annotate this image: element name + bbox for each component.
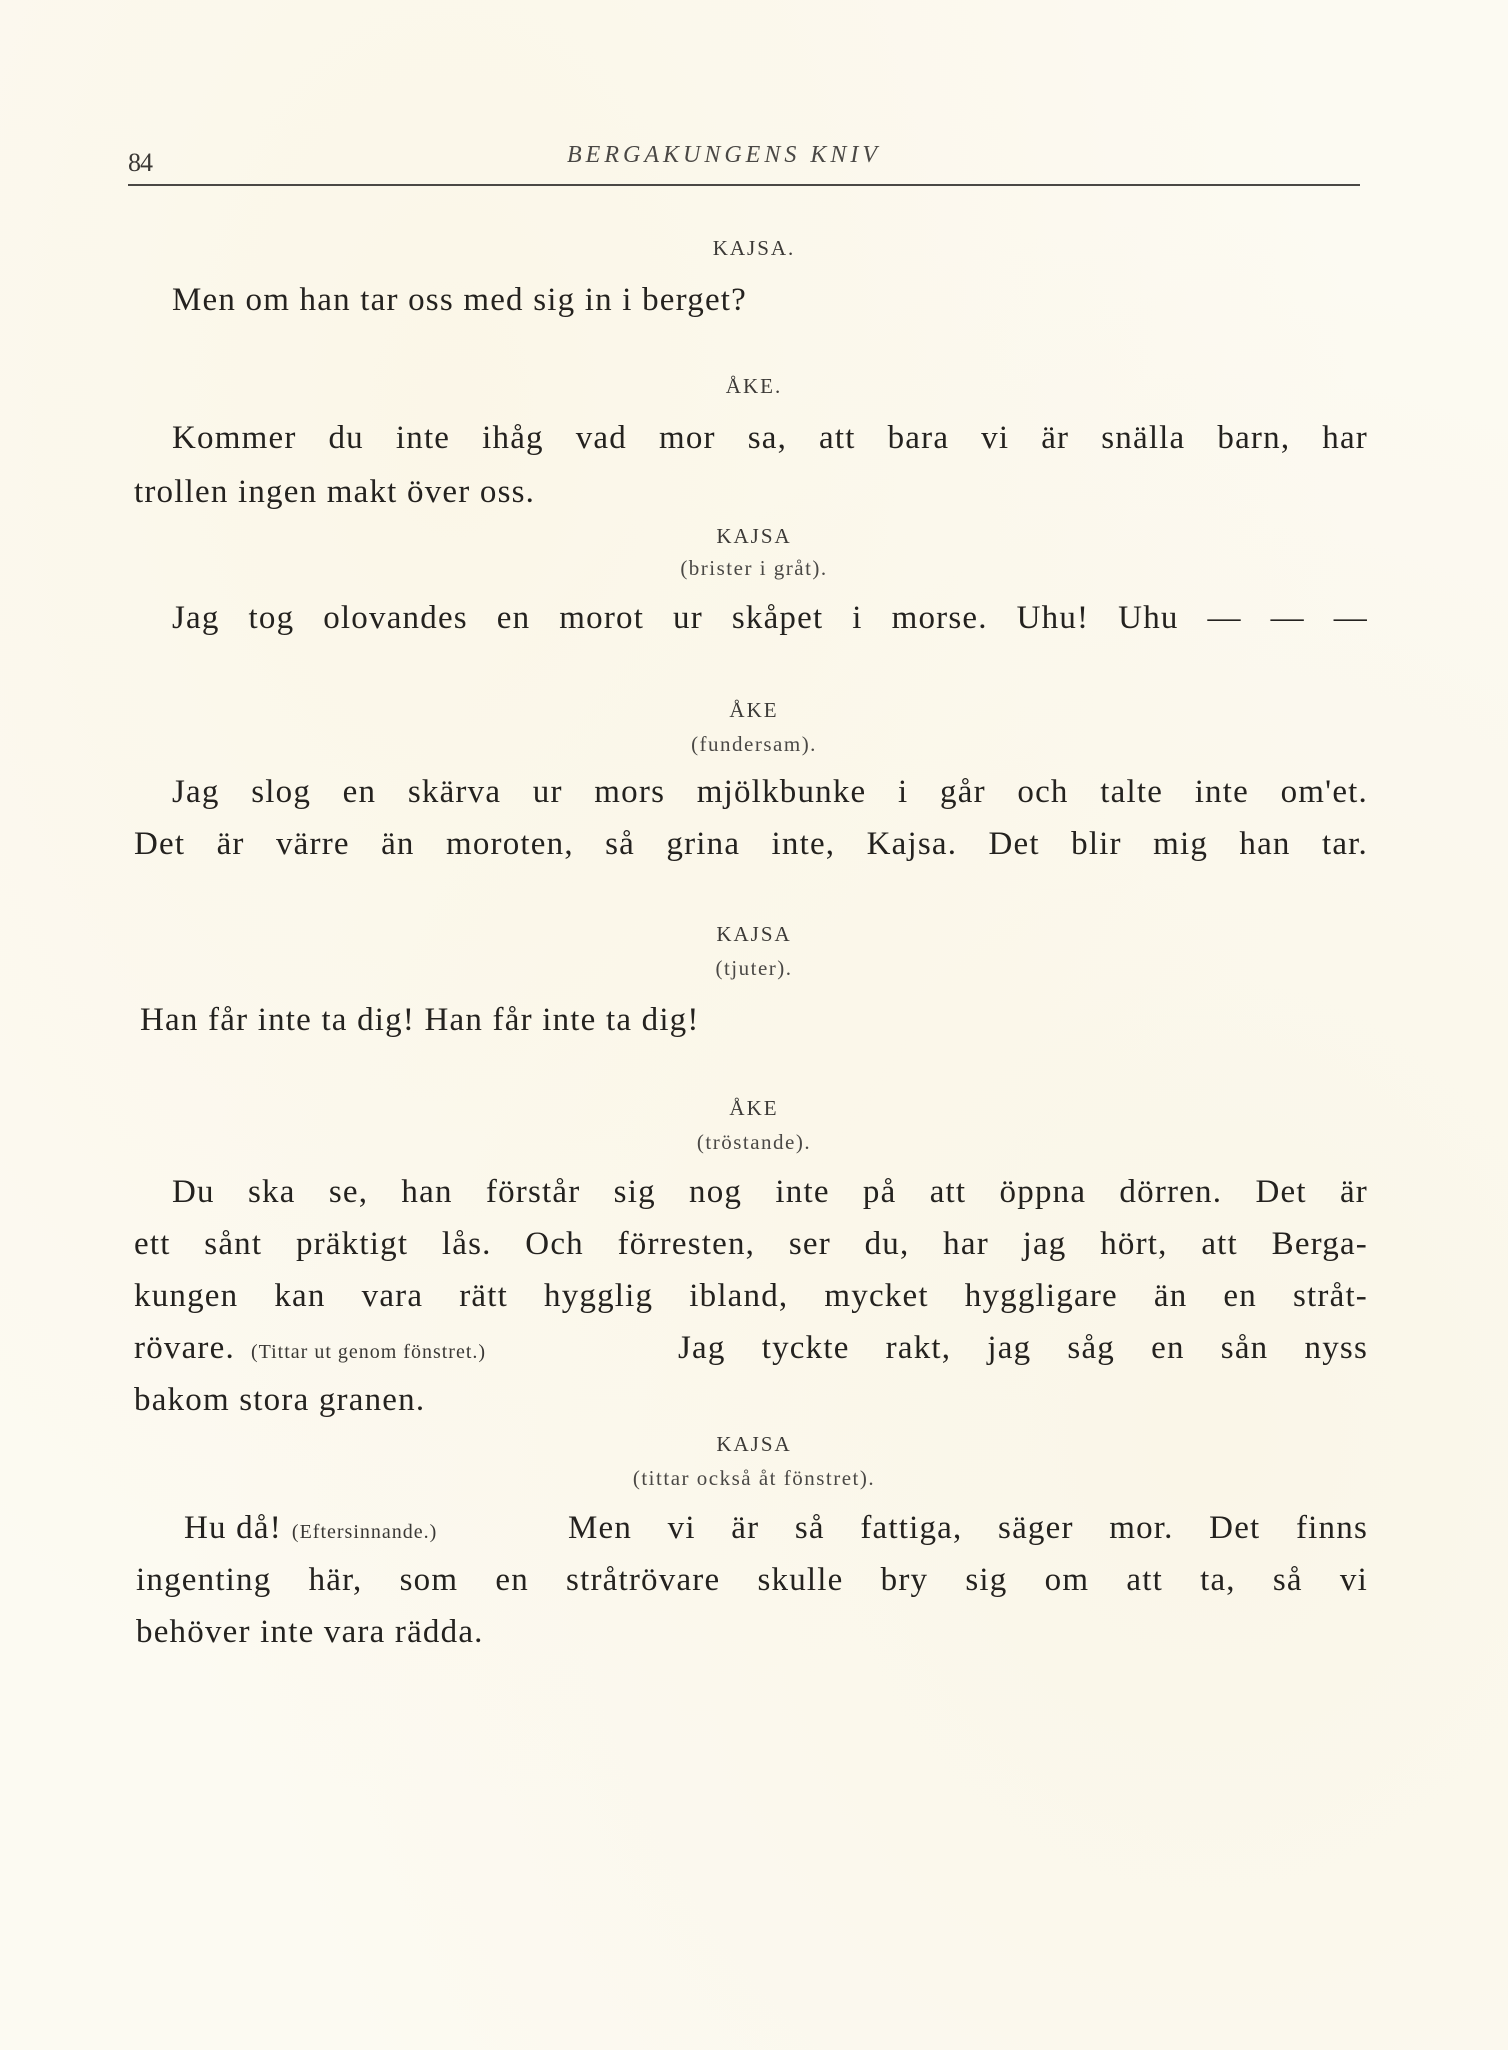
- inline-stage-direction: (Eftersinnande.): [292, 1521, 437, 1544]
- dialogue-line: Men om han tar oss med sig in i berget?: [172, 282, 747, 319]
- speaker-name: ÅKE: [0, 698, 1508, 723]
- dialogue-line: ett sånt präktigt lås. Och förresten, se…: [134, 1226, 1368, 1263]
- speaker-name: ÅKE.: [0, 374, 1508, 399]
- stage-direction: (fundersam).: [0, 732, 1508, 757]
- dialogue-line: behöver inte vara rädda.: [136, 1614, 484, 1651]
- book-page: 84 BERGAKUNGENS KNIV KAJSA. Men om han t…: [0, 0, 1508, 2050]
- dialogue-line: Jag slog en skärva ur mors mjölkbunke i …: [172, 774, 1368, 811]
- page-header: 84 BERGAKUNGENS KNIV: [128, 138, 1360, 184]
- dialogue-line: trollen ingen makt över oss.: [134, 474, 535, 511]
- dialogue-line: Han får inte ta dig! Han får inte ta dig…: [140, 1002, 700, 1039]
- dialogue-text: Jag tyckte rakt, jag såg en sån nyss: [678, 1330, 1368, 1367]
- speaker-name: KAJSA.: [0, 236, 1508, 261]
- running-title: BERGAKUNGENS KNIV: [128, 142, 1360, 169]
- stage-direction: (tjuter).: [0, 956, 1508, 981]
- dialogue-line: ingenting här, som en stråtrövare skulle…: [136, 1562, 1368, 1599]
- dialogue-line: bakom stora granen.: [134, 1382, 425, 1419]
- dialogue-line: Det är värre än moroten, så grina inte, …: [134, 826, 1368, 863]
- dialogue-text: Men vi är så fattiga, säger mor. Det fin…: [568, 1510, 1368, 1547]
- dialogue-line-with-direction: rövare. (Tittar ut genom fönstret.) Jag …: [134, 1330, 1368, 1367]
- speaker-name: ÅKE: [0, 1096, 1508, 1121]
- dialogue-line-with-direction: Hu då! (Eftersinnande.) Men vi är så fat…: [184, 1510, 1368, 1547]
- dialogue-line: kungen kan vara rätt hygglig ibland, myc…: [134, 1278, 1368, 1315]
- inline-stage-direction: (Tittar ut genom fönstret.): [251, 1341, 486, 1364]
- dialogue-line: Jag tog olovandes en morot ur skåpet i m…: [172, 600, 1368, 637]
- dialogue-line: Kommer du inte ihåg vad mor sa, att bara…: [172, 420, 1368, 457]
- dialogue-text: Hu då!: [184, 1510, 282, 1547]
- dialogue-line: Du ska se, han förstår sig nog inte på a…: [172, 1174, 1368, 1211]
- stage-direction: (tittar också åt fönstret).: [0, 1466, 1508, 1491]
- speaker-name: KAJSA: [0, 922, 1508, 947]
- stage-direction: (tröstande).: [0, 1130, 1508, 1155]
- dialogue-text: rövare.: [134, 1330, 235, 1367]
- speaker-name: KAJSA: [0, 524, 1508, 549]
- stage-direction: (brister i gråt).: [0, 556, 1508, 581]
- speaker-name: KAJSA: [0, 1432, 1508, 1457]
- header-rule: [128, 184, 1360, 186]
